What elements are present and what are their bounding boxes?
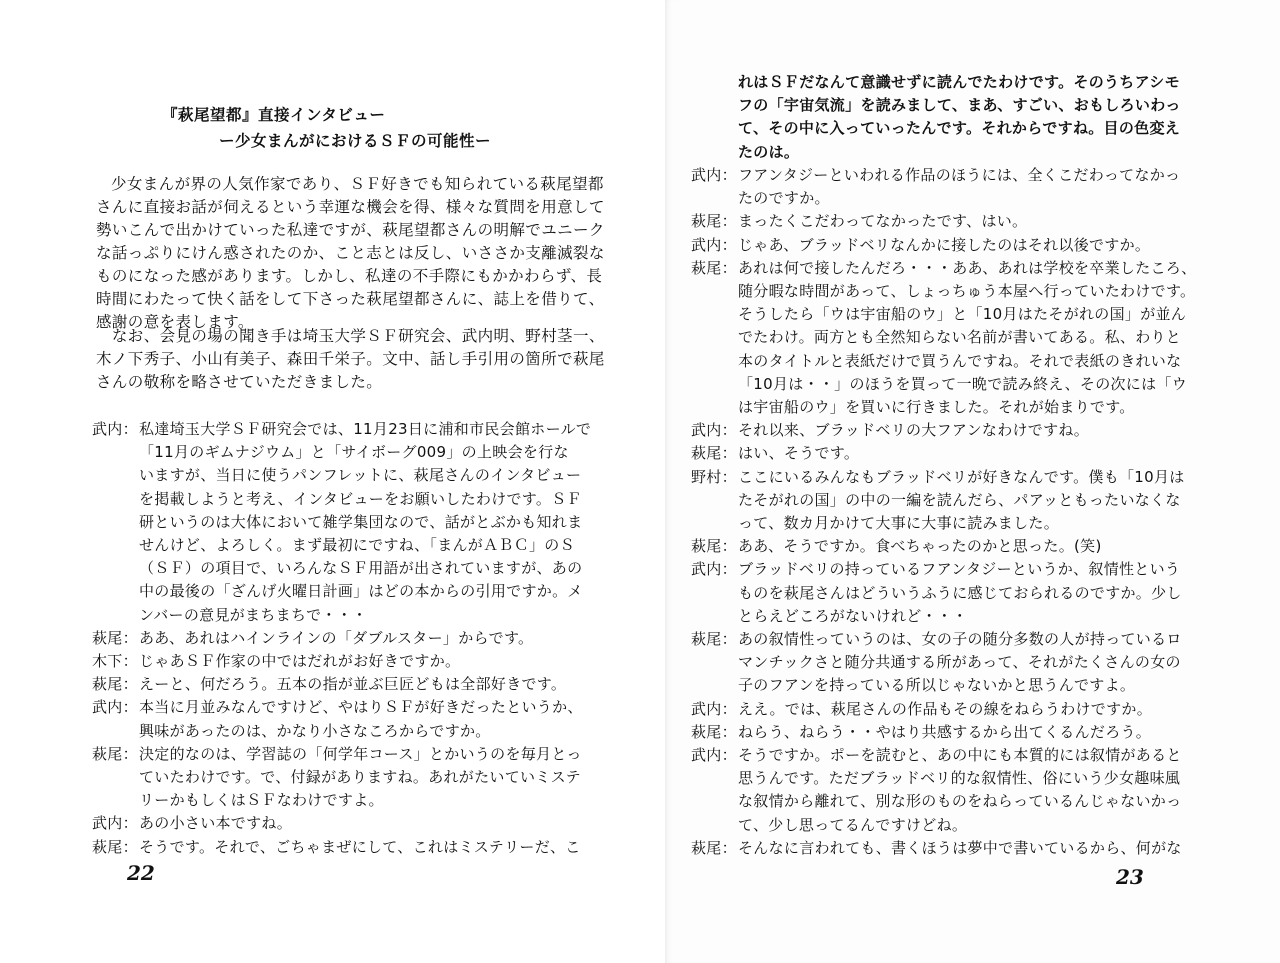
- dialogue-turn: 萩尾：そんなに言われても、書くほうは夢中で書いているから、何がな: [691, 837, 1221, 860]
- speech-line: ブラッドベリの持っているフアンタジーというか、叙情性という: [738, 558, 1221, 581]
- speech-line: ものを萩尾さんはどういうふうに感じておられるのですか。少し: [738, 582, 1221, 605]
- speaker-label: 萩尾：: [691, 257, 738, 419]
- speech-text: 決定的なのは、学習誌の「何学年コース」とかいうのを毎月とっていたわけです。で、付…: [139, 743, 602, 813]
- speech-line: そんなに言われても、書くほうは夢中で書いているから、何がな: [738, 837, 1221, 860]
- speech-line: そうしたら「ウは宇宙船のウ」と「10月はたそがれの国」が並ん: [738, 303, 1221, 326]
- speaker-label: 武内：: [92, 418, 139, 627]
- intro-line: な話っぷりにけん惑されたのか、こと志とは反し、いささか支離滅裂な: [96, 242, 596, 265]
- speaker-label: 萩尾：: [691, 837, 738, 860]
- intro-line: ものになった感があります。しかし、私達の不手際にもかかわらず、長: [96, 265, 596, 288]
- speaker-label: 武内：: [691, 419, 738, 442]
- speech-line: じゃあＳＦ作家の中ではだれがお好きですか。: [139, 650, 602, 673]
- speech-text: ああ、あれはハインラインの「ダブルスター」からです。: [139, 627, 602, 650]
- note-line: さんの敬称を略させていただきました。: [96, 371, 596, 394]
- continued-speech: れはＳＦだなんて意識せずに読んでたわけです。そのうちアシモ フの「宇宙気流」を読…: [738, 71, 1238, 164]
- intro-paragraph: 少女まんが界の人気作家であり、ＳＦ好きでも知られている萩尾望都 さんに直接お話が…: [96, 173, 596, 334]
- dialogue-turn: 武内：じゃあ、ブラッドベリなんかに接したのはそれ以後ですか。: [691, 234, 1221, 257]
- speech-text: じゃあ、ブラッドベリなんかに接したのはそれ以後ですか。: [738, 234, 1221, 257]
- note-line: 木ノ下秀子、小山有美子、森田千栄子。文中、話し手引用の箇所で萩尾: [96, 348, 596, 371]
- speech-line: じゃあ、ブラッドベリなんかに接したのはそれ以後ですか。: [738, 234, 1221, 257]
- dialogue-turn: 木下：じゃあＳＦ作家の中ではだれがお好きですか。: [92, 650, 602, 673]
- dialogue-turn: 萩尾：えーと、何だろう。五本の指が並ぶ巨匠どもは全部好きです。: [92, 673, 602, 696]
- left-page: 『萩尾望都』直接インタビュー ー少女まんがにおけるＳＦの可能性ー 少女まんが界の…: [0, 0, 665, 963]
- intro-line: 少女まんが界の人気作家であり、ＳＦ好きでも知られている萩尾望都: [96, 173, 596, 196]
- interviewer-note-paragraph: なお、会見の場の聞き手は埼玉大学ＳＦ研究会、武内明、野村茎一、 木ノ下秀子、小山…: [96, 325, 596, 394]
- speech-line: を掲載しようと考え、インタビューをお願いしたわけです。ＳＦ: [139, 488, 602, 511]
- speech-line: は宇宙船のウ」を買いに行きました。それが始まりです。: [738, 396, 1221, 419]
- speech-line: 私達埼玉大学ＳＦ研究会では、11月23日に浦和市民会館ホールで: [139, 418, 602, 441]
- speech-line: マンチックさと随分共通する所があって、それがたくさんの女の: [738, 651, 1221, 674]
- speech-line: て、その中に入っていったんです。それからですね。目の色変え: [738, 117, 1238, 140]
- speech-text: はい、そうです。: [738, 442, 1221, 465]
- speech-line: いますが、当日に使うパンフレットに、萩尾さんのインタビュー: [139, 464, 602, 487]
- speaker-label: 武内：: [691, 558, 738, 628]
- speech-text: あの叙情性っていうのは、女の子の随分多数の人が持っているロマンチックさと随分共通…: [738, 628, 1221, 698]
- speech-line: 決定的なのは、学習誌の「何学年コース」とかいうのを毎月とっ: [139, 743, 602, 766]
- dialogue-turn: 萩尾：ああ、あれはハインラインの「ダブルスター」からです。: [92, 627, 602, 650]
- dialogue-turn: 萩尾：ねらう、ねらう・・やはり共感するから出てくるんだろう。: [691, 721, 1221, 744]
- note-line: なお、会見の場の聞き手は埼玉大学ＳＦ研究会、武内明、野村茎一、: [96, 325, 596, 348]
- speaker-label: 武内：: [92, 812, 139, 835]
- speaker-label: 萩尾：: [691, 210, 738, 233]
- speech-line: たのですか。: [738, 187, 1221, 210]
- speech-text: そうです。それで、ごちゃまぜにして、これはミステリーだ、こ: [139, 836, 602, 859]
- dialogue-turn: 武内：私達埼玉大学ＳＦ研究会では、11月23日に浦和市民会館ホールで「11月のギ…: [92, 418, 602, 627]
- speech-line: れはＳＦだなんて意識せずに読んでたわけです。そのうちアシモ: [738, 71, 1238, 94]
- speaker-label: 武内：: [691, 164, 738, 210]
- article-subtitle: ー少女まんがにおけるＳＦの可能性ー: [219, 129, 491, 151]
- speech-line: まったくこだわってなかったです、はい。: [738, 210, 1221, 233]
- speech-line: 「11月のギムナジウム」と「サイボーグ009」の上映会を行な: [139, 441, 602, 464]
- speech-line: 中の最後の「ざんげ火曜日計画」はどの本からの引用ですか。メ: [139, 580, 602, 603]
- speech-text: ええ。では、萩尾さんの作品もその線をねらうわけですか。: [738, 698, 1221, 721]
- speech-line: それ以来、ブラッドベリの大フアンなわけですね。: [738, 419, 1221, 442]
- speaker-label: 武内：: [691, 234, 738, 257]
- dialogue-turn: 萩尾：はい、そうです。: [691, 442, 1221, 465]
- speaker-label: 萩尾：: [92, 673, 139, 696]
- speaker-label: 萩尾：: [92, 627, 139, 650]
- speech-line: フアンタジーといわれる作品のほうには、全くこだわってなかっ: [738, 164, 1221, 187]
- speech-line: て、少し思ってるんですけどね。: [738, 814, 1221, 837]
- dialogue-turn: 武内：ブラッドベリの持っているフアンタジーというか、叙情性というものを萩尾さんは…: [691, 558, 1221, 628]
- page-number: 23: [1116, 865, 1144, 889]
- speech-line: ああ、あれはハインラインの「ダブルスター」からです。: [139, 627, 602, 650]
- speech-line: ええ。では、萩尾さんの作品もその線をねらうわけですか。: [738, 698, 1221, 721]
- dialogue-turn: 萩尾：あれは何で接したんだろ・・・ああ、あれは学校を卒業したころ、随分暇な時間が…: [691, 257, 1221, 419]
- speech-text: そうですか。ポーを読むと、あの中にも本質的には叙情があると思うんです。ただブラッ…: [738, 744, 1221, 837]
- dialogue-turn: 萩尾：決定的なのは、学習誌の「何学年コース」とかいうのを毎月とっていたわけです。…: [92, 743, 602, 813]
- speech-line: フの「宇宙気流」を読みまして、まあ、すごい、おもしろいわっ: [738, 94, 1238, 117]
- speech-line: 思うんです。ただブラッドベリ的な叙情性、俗にいう少女趣味風: [738, 767, 1221, 790]
- dialogue-turn: 野村：ここにいるみんなもブラッドベリが好きなんです。僕も「10月はたそがれの国」…: [691, 466, 1221, 536]
- speech-text: ああ、そうですか。食べちゃったのかと思った。(笑): [738, 535, 1221, 558]
- dialogue-turn: 武内：そうですか。ポーを読むと、あの中にも本質的には叙情があると思うんです。ただ…: [691, 744, 1221, 837]
- dialogue-turn: 萩尾：そうです。それで、ごちゃまぜにして、これはミステリーだ、こ: [92, 836, 602, 859]
- speech-text: えーと、何だろう。五本の指が並ぶ巨匠どもは全部好きです。: [139, 673, 602, 696]
- dialogue-turn: 武内：ええ。では、萩尾さんの作品もその線をねらうわけですか。: [691, 698, 1221, 721]
- speech-text: 私達埼玉大学ＳＦ研究会では、11月23日に浦和市民会館ホールで「11月のギムナジ…: [139, 418, 602, 627]
- dialogue-turn: 萩尾：ああ、そうですか。食べちゃったのかと思った。(笑): [691, 535, 1221, 558]
- speaker-label: 萩尾：: [691, 442, 738, 465]
- speech-line: せんけど、よろしく。まず最初にですね、「まんがＡＢＣ」のＳ: [139, 534, 602, 557]
- dialogue-turn: 武内：あの小さい本ですね。: [92, 812, 602, 835]
- speech-text: ねらう、ねらう・・やはり共感するから出てくるんだろう。: [738, 721, 1221, 744]
- speech-line: （ＳＦ）の項目で、いろんなＳＦ用語が出されていますが、あの: [139, 557, 602, 580]
- speech-text: そんなに言われても、書くほうは夢中で書いているから、何がな: [738, 837, 1221, 860]
- speech-line: でたわけ。両方とも全然知らない名前が書いてある。私、わりと: [738, 326, 1221, 349]
- speaker-label: 木下：: [92, 650, 139, 673]
- speech-line: って、数カ月かけて大事に大事に読みました。: [738, 512, 1221, 535]
- speech-line: とらえどころがないけれど・・・: [738, 605, 1221, 628]
- intro-line: 時間にわたって快く話をして下さった萩尾望都さんに、誌上を借りて、: [96, 288, 596, 311]
- speech-text: あれは何で接したんだろ・・・ああ、あれは学校を卒業したころ、随分暇な時間があって…: [738, 257, 1221, 419]
- dialogue-left: 武内：私達埼玉大学ＳＦ研究会では、11月23日に浦和市民会館ホールで「11月のギ…: [92, 418, 602, 859]
- speaker-label: 萩尾：: [92, 836, 139, 859]
- speech-line: ンバーの意見がまちまちで・・・: [139, 604, 602, 627]
- speaker-label: 武内：: [691, 698, 738, 721]
- speech-line: えーと、何だろう。五本の指が並ぶ巨匠どもは全部好きです。: [139, 673, 602, 696]
- intro-line: さんに直接お話が伺えるという幸運な機会を得、様々な質問を用意して: [96, 196, 596, 219]
- speech-line: あれは何で接したんだろ・・・ああ、あれは学校を卒業したころ、: [738, 257, 1221, 280]
- right-page: れはＳＦだなんて意識せずに読んでたわけです。そのうちアシモ フの「宇宙気流」を読…: [665, 0, 1280, 963]
- speech-line: たのは。: [738, 141, 1238, 164]
- speech-line: 随分暇な時間があって、しょっちゅう本屋へ行っていたわけです。: [738, 280, 1221, 303]
- speech-line: ねらう、ねらう・・やはり共感するから出てくるんだろう。: [738, 721, 1221, 744]
- speech-line: はい、そうです。: [738, 442, 1221, 465]
- speaker-label: 萩尾：: [691, 535, 738, 558]
- dialogue-right: 武内：フアンタジーといわれる作品のほうには、全くこだわってなかったのですか。萩尾…: [691, 164, 1221, 860]
- speech-text: まったくこだわってなかったです、はい。: [738, 210, 1221, 233]
- speech-line: 興味があったのは、かなり小さなころからですか。: [139, 720, 602, 743]
- speech-text: 本当に月並みなんですけど、やはりＳＦが好きだったというか、興味があったのは、かな…: [139, 696, 602, 742]
- speech-text: それ以来、ブラッドベリの大フアンなわけですね。: [738, 419, 1221, 442]
- speech-text: じゃあＳＦ作家の中ではだれがお好きですか。: [139, 650, 602, 673]
- speech-line: ここにいるみんなもブラッドベリが好きなんです。僕も「10月は: [738, 466, 1221, 489]
- dialogue-turn: 萩尾：あの叙情性っていうのは、女の子の随分多数の人が持っているロマンチックさと随…: [691, 628, 1221, 698]
- speech-line: ああ、そうですか。食べちゃったのかと思った。(笑): [738, 535, 1221, 558]
- speech-line: 本当に月並みなんですけど、やはりＳＦが好きだったというか、: [139, 696, 602, 719]
- speech-line: ていたわけです。で、付録がありますね。あれがたいていミステ: [139, 766, 602, 789]
- dialogue-turn: 武内：フアンタジーといわれる作品のほうには、全くこだわってなかったのですか。: [691, 164, 1221, 210]
- speaker-label: 野村：: [691, 466, 738, 536]
- speech-line: そうですか。ポーを読むと、あの中にも本質的には叙情があると: [738, 744, 1221, 767]
- speaker-label: 武内：: [691, 744, 738, 837]
- speech-line: な叙情から離れて、別な形のものをねらっているんじゃないかっ: [738, 790, 1221, 813]
- speech-line: あの小さい本ですね。: [139, 812, 602, 835]
- speech-text: ブラッドベリの持っているフアンタジーというか、叙情性というものを萩尾さんはどうい…: [738, 558, 1221, 628]
- dialogue-turn: 武内：本当に月並みなんですけど、やはりＳＦが好きだったというか、興味があったのは…: [92, 696, 602, 742]
- speaker-label: 武内：: [92, 696, 139, 742]
- speech-line: リーかもしくはＳＦなわけですよ。: [139, 789, 602, 812]
- speech-text: フアンタジーといわれる作品のほうには、全くこだわってなかったのですか。: [738, 164, 1221, 210]
- dialogue-turn: 萩尾：まったくこだわってなかったです、はい。: [691, 210, 1221, 233]
- speech-line: たそがれの国」の中の一編を読んだら、パアッともったいなくな: [738, 489, 1221, 512]
- speech-text: ここにいるみんなもブラッドベリが好きなんです。僕も「10月はたそがれの国」の中の…: [738, 466, 1221, 536]
- speaker-label: 萩尾：: [92, 743, 139, 813]
- speech-line: 本のタイトルと表紙だけで買うんですね。それで表紙のきれいな: [738, 350, 1221, 373]
- dialogue-turn: 武内：それ以来、ブラッドベリの大フアンなわけですね。: [691, 419, 1221, 442]
- speech-line: 研というのは大体において雑学集団なので、話がとぶかも知れま: [139, 511, 602, 534]
- speech-line: 「10月は・・」のほうを買って一晩で読み終え、その次には「ウ: [738, 373, 1221, 396]
- intro-line: 勢いこんで出かけていった私達ですが、萩尾望都さんの明解でユニーク: [96, 219, 596, 242]
- speech-line: 子のフアンを持っている所以じゃないかと思うんですよ。: [738, 674, 1221, 697]
- page-number: 22: [127, 861, 155, 885]
- speech-text: あの小さい本ですね。: [139, 812, 602, 835]
- speaker-label: 萩尾：: [691, 721, 738, 744]
- speech-line: そうです。それで、ごちゃまぜにして、これはミステリーだ、こ: [139, 836, 602, 859]
- speaker-label: 萩尾：: [691, 628, 738, 698]
- speech-line: あの叙情性っていうのは、女の子の随分多数の人が持っているロ: [738, 628, 1221, 651]
- article-title: 『萩尾望都』直接インタビュー: [162, 103, 385, 125]
